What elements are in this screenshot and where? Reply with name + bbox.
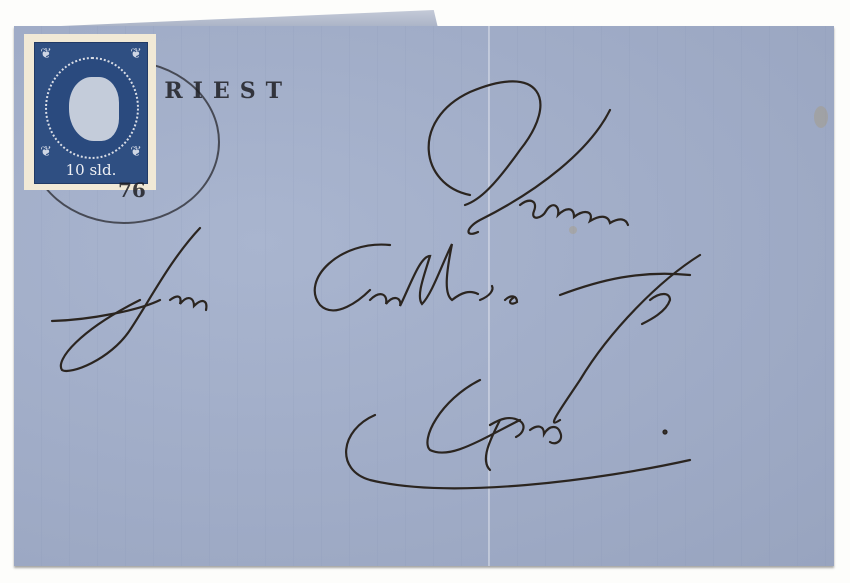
handwritten-address (0, 0, 850, 583)
